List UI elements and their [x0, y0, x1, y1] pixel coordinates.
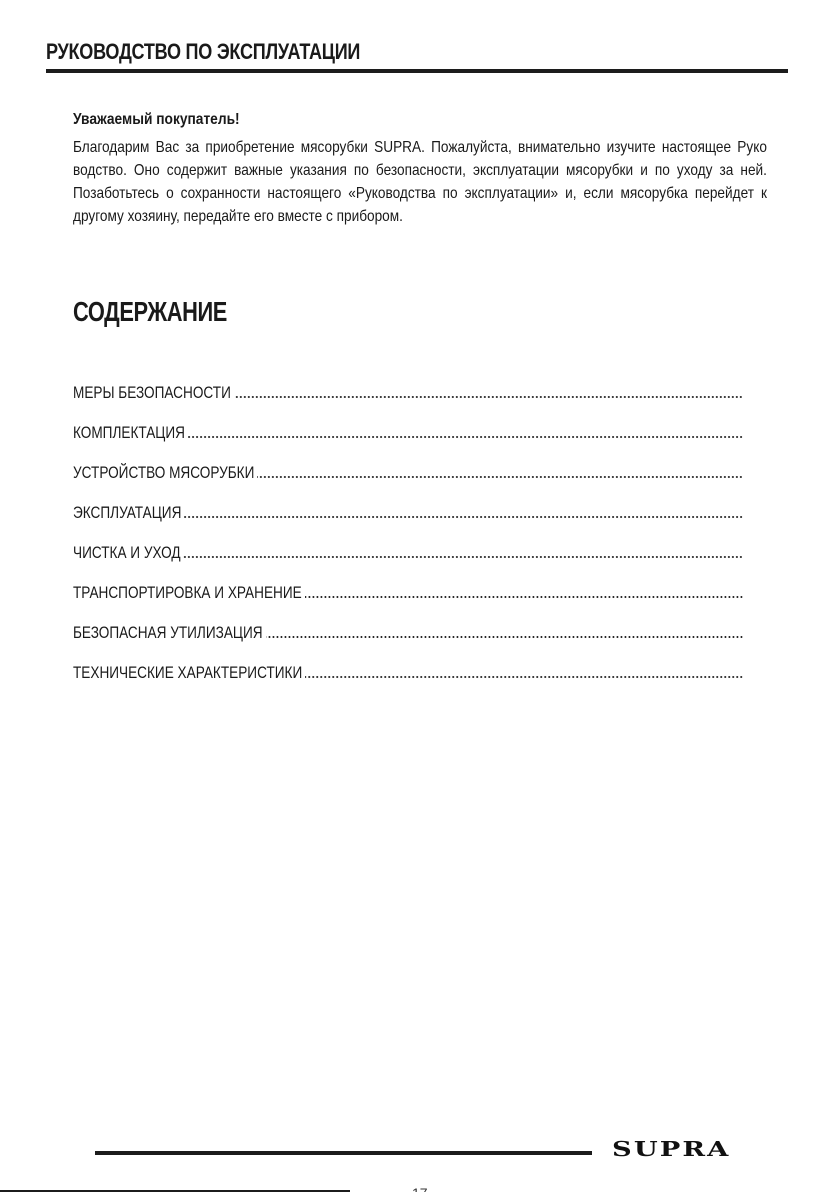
intro-line: водство. Оно содержит важные указания по…: [73, 159, 767, 182]
toc-item-label: МЕРЫ БЕЗОПАСНОСТИ: [73, 383, 231, 403]
toc-item[interactable]: ЭКСПЛУАТАЦИЯ: [73, 503, 743, 543]
toc-item[interactable]: МЕРЫ БЕЗОПАСНОСТИ: [73, 383, 743, 423]
footer-rule: [95, 1151, 592, 1155]
toc-item-label: ТЕХНИЧЕСКИЕ ХАРАКТЕРИСТИКИ: [73, 663, 302, 683]
toc-leader-dots: [234, 396, 743, 398]
toc-item[interactable]: УСТРОЙСТВО МЯСОРУБКИ: [73, 463, 743, 503]
page-number: 17: [412, 1186, 428, 1192]
greeting-title: Уважаемый покупатель!: [73, 110, 240, 130]
intro-line: Благодарим Вас за приобретение мясорубки…: [73, 136, 767, 159]
toc-item-label: КОМПЛЕКТАЦИЯ: [73, 423, 185, 443]
table-of-contents: МЕРЫ БЕЗОПАСНОСТИ КОМПЛЕКТАЦИЯ УСТРОЙСТВ…: [73, 383, 743, 703]
intro-line-text: Позаботьтесь о сохранности настоящего «Р…: [73, 182, 767, 205]
intro-paragraph: Благодарим Вас за приобретение мясорубки…: [73, 136, 767, 228]
page-header-title: РУКОВОДСТВО ПО ЭКСПЛУАТАЦИИ: [46, 40, 360, 64]
intro-line-text: Благодарим Вас за приобретение мясорубки…: [73, 136, 767, 159]
toc-item-label: ЭКСПЛУАТАЦИЯ: [73, 503, 181, 523]
intro-line: другому хозяину, передайте его вместе с …: [73, 205, 767, 228]
toc-item-label: ТРАНСПОРТИРОВКА И ХРАНЕНИЕ: [73, 583, 302, 603]
toc-leader-dots: [257, 476, 743, 478]
toc-item-label: УСТРОЙСТВО МЯСОРУБКИ: [73, 463, 254, 483]
brand-logo: SUPRA: [612, 1138, 730, 1161]
toc-leader-dots: [266, 636, 743, 638]
intro-line-text: водство. Оно содержит важные указания по…: [73, 159, 767, 182]
toc-leader-dots: [305, 676, 743, 678]
intro-line-text: другому хозяину, передайте его вместе с …: [73, 205, 767, 228]
toc-item[interactable]: КОМПЛЕКТАЦИЯ: [73, 423, 743, 463]
intro-line: Позаботьтесь о сохранности настоящего «Р…: [73, 182, 767, 205]
toc-item[interactable]: ЧИСТКА И УХОД: [73, 543, 743, 583]
toc-item-label: БЕЗОПАСНАЯ УТИЛИЗАЦИЯ: [73, 623, 263, 643]
toc-leader-dots: [188, 436, 743, 438]
toc-leader-dots: [305, 596, 743, 598]
toc-item[interactable]: ТЕХНИЧЕСКИЕ ХАРАКТЕРИСТИКИ: [73, 663, 743, 703]
toc-item-label: ЧИСТКА И УХОД: [73, 543, 181, 563]
toc-item[interactable]: БЕЗОПАСНАЯ УТИЛИЗАЦИЯ: [73, 623, 743, 663]
toc-leader-dots: [184, 516, 743, 518]
contents-heading: СОДЕРЖАНИЕ: [73, 296, 227, 328]
toc-item[interactable]: ТРАНСПОРТИРОВКА И ХРАНЕНИЕ: [73, 583, 743, 623]
header-rule: [46, 69, 788, 73]
toc-leader-dots: [183, 556, 743, 558]
